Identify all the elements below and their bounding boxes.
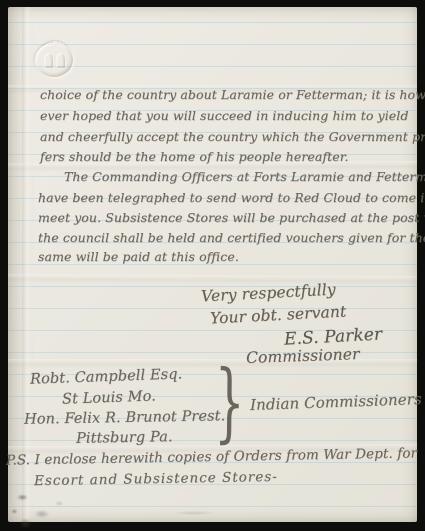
paper-crease [8, 274, 417, 285]
letter-body-line: ever hoped that you will succeed in indu… [40, 108, 409, 123]
letter-body-line: fers should be the home of his people he… [40, 149, 349, 164]
ruled-lines [8, 7, 417, 522]
grouping-brace: } [214, 358, 245, 447]
letter-body-line: The Commanding Officers at Forts Laramie… [64, 169, 425, 184]
paper-crease-vertical [22, 7, 32, 522]
seal-glyph [56, 53, 65, 68]
addressee-line: St Louis Mo. [62, 388, 156, 407]
seal-ring [35, 43, 73, 77]
addressee-line: Pittsburg Pa. [76, 429, 173, 447]
letter-paper [8, 7, 417, 522]
embossed-seal-icon [32, 40, 78, 82]
scanned-letter-page: { "colors": { "background": "#0d0d0b", "… [0, 0, 425, 531]
letter-body-line: have been telegraphed to send word to Re… [38, 190, 425, 205]
letter-body-line: same will be paid at this office. [38, 249, 239, 264]
letter-body-line: and cheerfully accept the country which … [40, 129, 425, 144]
letter-body-line: meet you. Subsistence Stores will be pur… [38, 210, 425, 225]
ink-smudge [158, 507, 278, 519]
seal-glyph [44, 53, 53, 68]
letter-body-line: choice of the country about Laramie or F… [40, 87, 425, 102]
letter-body-line: the council shall be held and certified … [38, 230, 425, 245]
ink-smudge [8, 485, 88, 529]
